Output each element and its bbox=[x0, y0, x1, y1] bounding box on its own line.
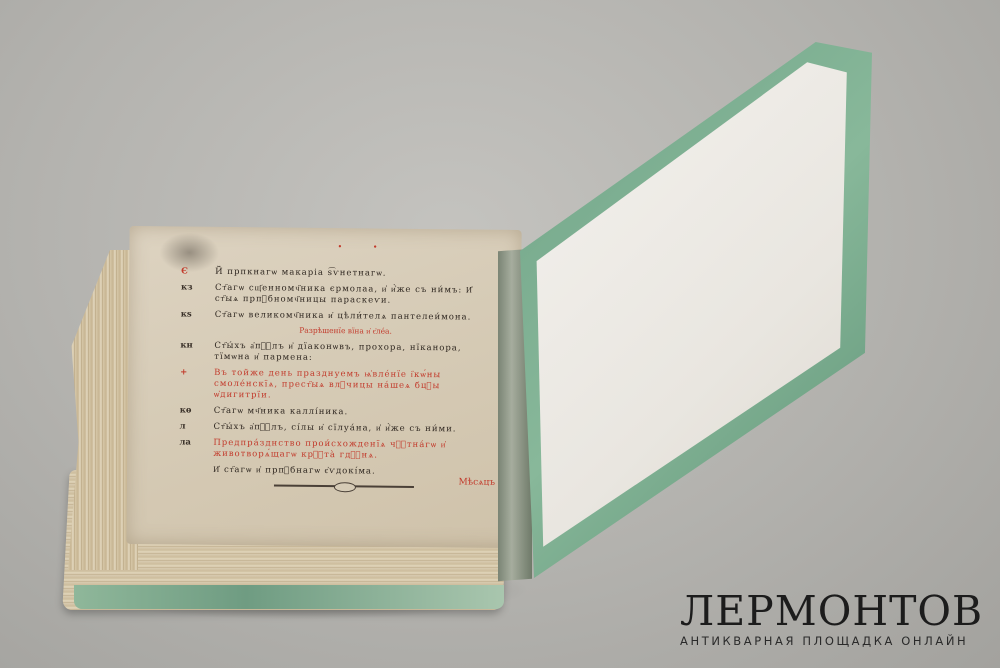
text-line: ла Предпра́зднство прои́схожденїѧ чⷭ҇тна… bbox=[179, 437, 509, 462]
line-text: Предпра́зднство прои́схожденїѧ чⷭ҇тна́гѡ… bbox=[213, 438, 495, 463]
watermark-logo: ЛЕРМОНТОВ АНТИКВАРНАЯ ПЛОЩАДКА ОНЛАЙН bbox=[680, 590, 990, 648]
photo-scene: • • Є Й прпкнагѡ макаріа ѕ͡ѵнетнагѡ. кз … bbox=[0, 0, 1000, 668]
page-text: Є Й прпкнагѡ макаріа ѕ͡ѵнетнагѡ. кз Ст҃а… bbox=[179, 266, 511, 492]
book-page: • • Є Й прпкнагѡ макаріа ѕ͡ѵнетнагѡ. кз … bbox=[126, 226, 521, 548]
line-number: л bbox=[180, 421, 214, 432]
text-line: кѳ Ст҃агѡ мч҃ника каллі́ника. з bbox=[180, 405, 510, 419]
page-footer-word: Мѣсѧцъ bbox=[458, 476, 495, 487]
text-line: кз Ст҃агѡ сщ҃енномч҃ника єрмолаа, и҆ и҆̀… bbox=[181, 282, 511, 307]
red-ornament-dots: • • bbox=[337, 242, 391, 252]
line-text: Въ тойже день празднуемъ ѩ҆вле́нїе і҆кѡ́… bbox=[214, 368, 496, 404]
text-line: л Ст҃ы́хъ а҆пⷭ҇лъ, сі́лы и҆ сїлуа́на, и҆… bbox=[180, 421, 510, 435]
watermark-title: ЛЕРМОНТОВ bbox=[680, 590, 990, 632]
line-number: ла bbox=[179, 437, 213, 448]
watermark-subtitle: АНТИКВАРНАЯ ПЛОЩАДКА ОНЛАЙН bbox=[680, 634, 990, 648]
line-number: Є bbox=[181, 266, 215, 277]
line-text: Ст҃агѡ великомч҃ника и҆ цѣли́телѧ пантел… bbox=[215, 310, 497, 324]
text-line: кн Ст҃ы́хъ а҆пⷭ҇лъ и҆ дїаконѡвъ, прохора… bbox=[180, 340, 510, 365]
line-number: кѳ bbox=[180, 405, 214, 416]
line-text: Ст҃ы́хъ а҆пⷭ҇лъ, сі́лы и҆ сїлуа́на, и҆ и… bbox=[214, 422, 496, 436]
text-line: + Въ тойже день празднуемъ ѩ҆вле́нїе і҆к… bbox=[180, 367, 510, 403]
line-number: кз bbox=[181, 282, 215, 293]
cross-mark: + bbox=[180, 367, 214, 378]
text-line: Є Й прпкнагѡ макаріа ѕ͡ѵнетнагѡ. bbox=[181, 266, 511, 280]
line-text: Й прпкнагѡ макаріа ѕ͡ѵнетнагѡ. bbox=[215, 267, 497, 281]
line-text: Ст҃агѡ сщ҃енномч҃ника єрмолаа, и҆ и҆̀же … bbox=[215, 283, 497, 308]
back-cover-edge bbox=[74, 585, 504, 609]
text-line: кѕ Ст҃агѡ великомч҃ника и҆ цѣли́телѧ пан… bbox=[181, 309, 511, 323]
line-text: Ст҃агѡ мч҃ника каллі́ника. bbox=[214, 406, 496, 420]
line-text: И҆ ст҃агѡ и҆ прпⷣбнагѡ є҆ѵдокі́ма. bbox=[213, 465, 495, 479]
line-text: Ст҃ы́хъ а҆пⷭ҇лъ и҆ дїаконѡвъ, прохора, н… bbox=[214, 341, 496, 366]
ornament-divider bbox=[274, 484, 414, 487]
line-number: кѕ bbox=[181, 309, 215, 320]
red-note: Разрѣшенїе вїна и҆ є҆ле́а. bbox=[181, 323, 511, 337]
line-number: кн bbox=[180, 340, 214, 351]
